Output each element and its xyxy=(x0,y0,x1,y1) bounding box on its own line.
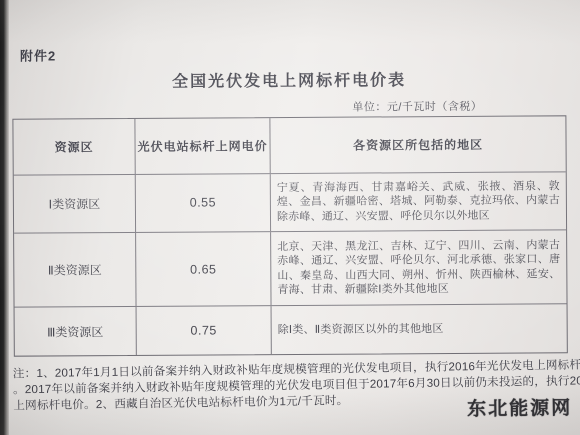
price-value: 0.55 xyxy=(136,174,271,232)
attachment-label: 附件2 xyxy=(20,45,56,64)
table-header-price: 光伏电站标杆上网电价 xyxy=(135,118,270,173)
table-row-class2: Ⅱ类资源区 0.65 北京、天津、黑龙江、吉林、辽宁、四川、云南、内蒙古赤峰、通… xyxy=(14,230,566,308)
page-title: 全国光伏发电上网标杆电价表 xyxy=(0,66,579,93)
table-row-class1: Ⅰ类资源区 0.55 宁夏、青海海西、甘肃嘉峪关、武威、张掖、酒泉、敦煌、金昌、… xyxy=(14,172,566,234)
areas-text: 北京、天津、黑龙江、吉林、辽宁、四川、云南、内蒙古赤峰、通辽、兴安盟、呼伦贝尔、… xyxy=(271,230,566,305)
table-header-areas: 各资源区所包括的地区 xyxy=(270,116,565,172)
areas-text: 除Ⅰ类、Ⅱ类资源区以外的其他地区 xyxy=(272,305,567,354)
region-name: Ⅲ类资源区 xyxy=(15,307,137,355)
table-header-region: 资源区 xyxy=(13,119,135,174)
scanned-document-photo: 附件2 全国光伏发电上网标杆电价表 单位：元/千瓦时（含税） 资源区 光伏电站标… xyxy=(0,0,580,435)
price-value: 0.65 xyxy=(136,232,271,306)
region-name: Ⅰ类资源区 xyxy=(14,174,136,232)
unit-note: 单位：元/千瓦时（含税） xyxy=(352,98,482,115)
price-value: 0.75 xyxy=(137,307,272,355)
table-row-class3: Ⅲ类资源区 0.75 除Ⅰ类、Ⅱ类资源区以外的其他地区 xyxy=(15,305,567,356)
document-page: 附件2 全国光伏发电上网标杆电价表 单位：元/千瓦时（含税） 资源区 光伏电站标… xyxy=(0,0,580,435)
region-name: Ⅱ类资源区 xyxy=(14,233,136,307)
site-watermark: 东北能源网 xyxy=(467,393,572,421)
table-header-row: 资源区 光伏电站标杆上网电价 各资源区所包括的地区 xyxy=(13,116,565,175)
price-table: 资源区 光伏电站标杆上网电价 各资源区所包括的地区 Ⅰ类资源区 0.55 宁夏、… xyxy=(12,115,567,356)
areas-text: 宁夏、青海海西、甘肃嘉峪关、武威、张掖、酒泉、敦煌、金昌、新疆哈密、塔城、阿勒泰… xyxy=(271,172,566,231)
